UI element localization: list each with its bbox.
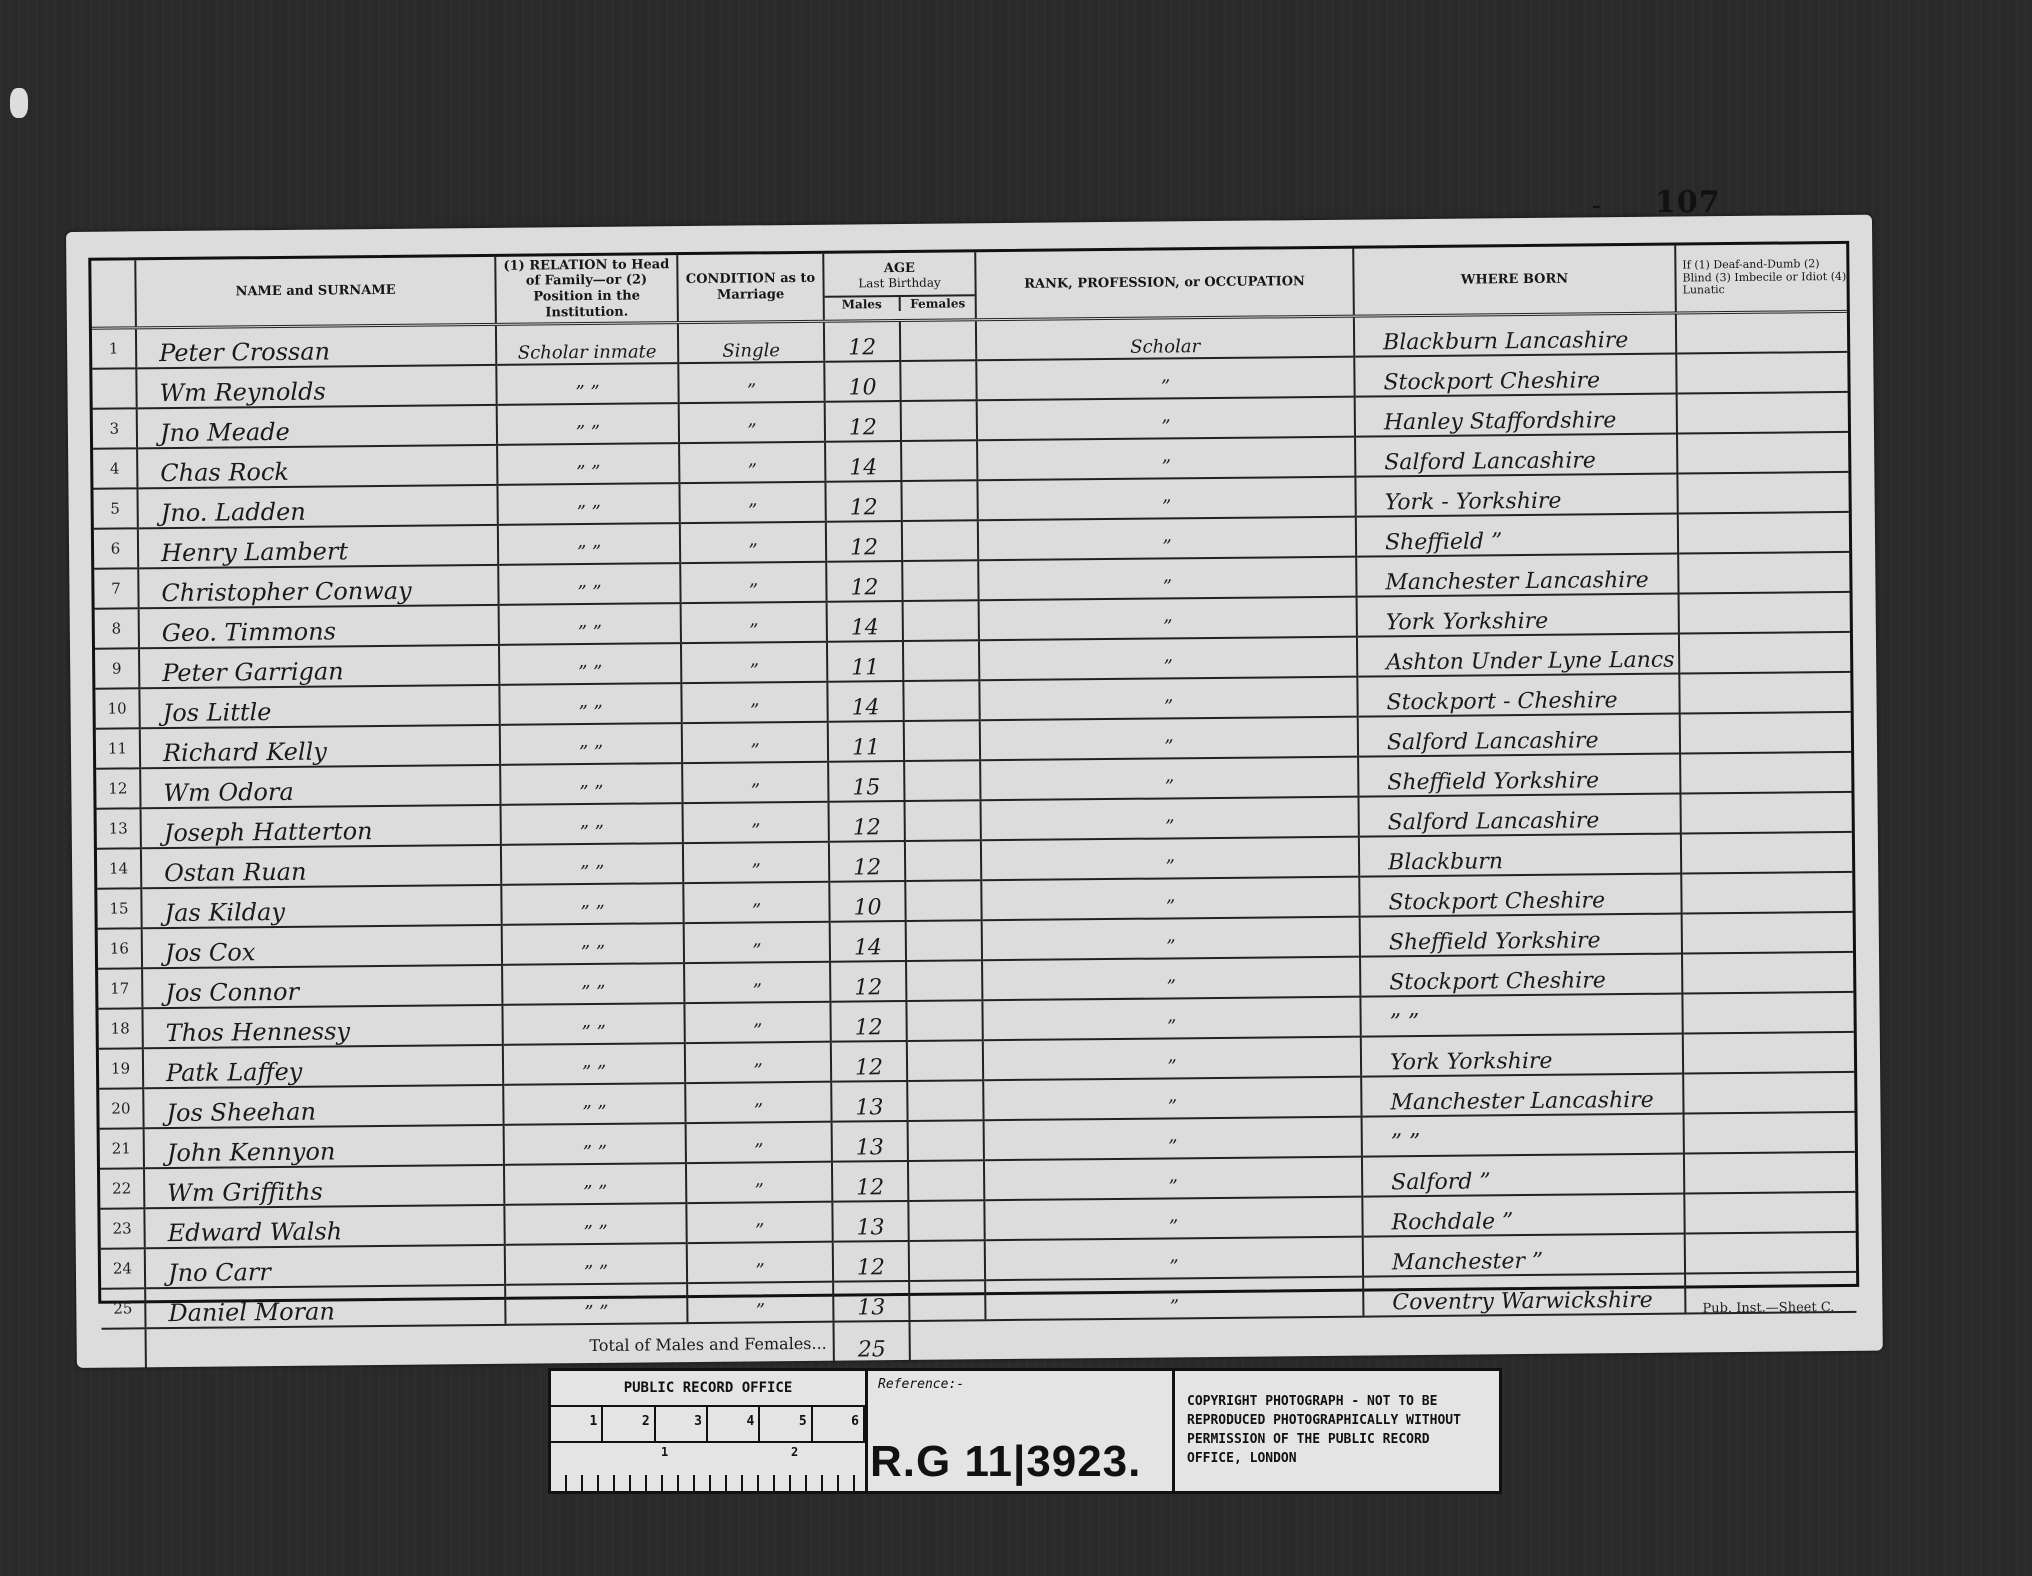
occupation-cell: ” [985, 1237, 1363, 1281]
relation-cell: ” ” [500, 763, 682, 805]
condition-cell: ” [679, 442, 825, 483]
age-females-cell [905, 800, 981, 841]
name-cell: Jno Carr [145, 1245, 505, 1288]
age-females-cell [902, 560, 978, 601]
occupation-cell: ” [984, 1197, 1362, 1241]
condition-cell: ” [684, 1002, 830, 1043]
where-born-cell: Salford Lancashire [1358, 714, 1680, 757]
infirmity-cell [1683, 1072, 1854, 1114]
occupation-cell: ” [979, 637, 1357, 681]
age-males-cell: 13 [832, 1201, 908, 1242]
relation-cell: Scholar inmate [496, 323, 678, 365]
infirmity-cell [1682, 952, 1853, 994]
occupation-cell: ” [977, 397, 1355, 441]
relation-cell: ” ” [504, 1163, 686, 1205]
infirmity-cell [1680, 792, 1851, 834]
condition-cell: ” [681, 682, 827, 723]
age-males-cell: 12 [825, 401, 901, 442]
age-males-cell: 12 [830, 961, 906, 1002]
age-males-cell: 12 [824, 320, 900, 361]
reference-box: Reference:- R.G 11|3923. [868, 1371, 1175, 1491]
scale-number: 5 [760, 1407, 812, 1441]
infirmity-cell [1679, 592, 1850, 634]
occupation-cell: ” [982, 917, 1360, 961]
age-males-cell: 12 [826, 561, 902, 602]
col-age: AGE Last Birthday Males Females [823, 252, 976, 321]
where-born-cell: Sheffield Yorkshire [1360, 914, 1682, 957]
row-number: 23 [100, 1208, 144, 1248]
name-cell: Jos Cox [142, 925, 502, 968]
infirmity-cell [1676, 352, 1847, 394]
condition-cell: ” [679, 482, 825, 523]
age-females-cell [903, 680, 979, 721]
age-females-cell [904, 720, 980, 761]
sheet-footer: Pub. Inst.—Sheet C. [1702, 1300, 1834, 1316]
age-females-cell [906, 1000, 982, 1041]
where-born-cell: Blackburn [1359, 834, 1681, 877]
record-office-card: PUBLIC RECORD OFFICE 123456 12 Reference… [548, 1368, 1502, 1494]
condition-cell: Single [678, 321, 824, 363]
occupation-cell: ” [982, 957, 1360, 1001]
age-females-cell [904, 760, 980, 801]
relation-cell: ” ” [502, 1003, 684, 1045]
age-females-cell [901, 440, 977, 481]
row-number: 6 [94, 528, 138, 568]
relation-cell: ” ” [501, 883, 683, 925]
occupation-cell: ” [981, 837, 1359, 881]
age-females-cell [900, 320, 976, 361]
occupation-cell: ” [983, 1037, 1361, 1081]
row-number [92, 368, 136, 408]
age-females-cell [903, 600, 979, 641]
row-number: 20 [99, 1088, 143, 1128]
where-born-cell: Manchester Lancashire [1361, 1074, 1683, 1117]
where-born-cell: ” ” [1360, 994, 1682, 1037]
age-males-cell: 12 [830, 1001, 906, 1042]
folio-dash: - [1592, 190, 1601, 220]
col-relation: (1) RELATION to Head of Family—or (2) Po… [495, 255, 678, 324]
row-number: 17 [98, 968, 142, 1008]
infirmity-cell [1681, 832, 1852, 874]
occupation-cell: ” [978, 557, 1356, 601]
relation-cell: ” ” [499, 603, 681, 645]
age-females-cell [905, 840, 981, 881]
condition-cell: ” [683, 882, 829, 923]
row-number: 16 [98, 928, 142, 968]
relation-cell: ” ” [501, 803, 683, 845]
condition-cell: ” [681, 602, 827, 643]
relation-cell: ” ” [497, 403, 679, 445]
where-born-cell: Blackburn Lancashire [1354, 313, 1676, 357]
occupation-cell: ” [980, 797, 1358, 841]
age-females-cell [909, 1280, 985, 1321]
name-cell: Jas Kilday [141, 885, 501, 928]
condition-cell: ” [687, 1282, 833, 1323]
age-females-cell [906, 920, 982, 961]
name-cell: Ostan Ruan [141, 845, 501, 888]
infirmity-cell [1682, 992, 1853, 1034]
infirmity-cell [1680, 752, 1851, 794]
condition-cell: ” [681, 642, 827, 683]
name-cell: Jos Sheehan [143, 1085, 503, 1128]
total-filler [985, 1312, 1856, 1361]
relation-cell: ” ” [498, 563, 680, 605]
col-row-no [91, 260, 136, 328]
relation-cell: ” ” [504, 1203, 686, 1245]
name-cell: Richard Kelly [140, 725, 500, 768]
reference-label: Reference:- [878, 1377, 964, 1392]
condition-cell: ” [682, 762, 828, 803]
occupation-cell: ” [979, 597, 1357, 641]
relation-cell: ” ” [498, 523, 680, 565]
relation-cell: ” ” [503, 1083, 685, 1125]
where-born-cell: Stockport Cheshire [1359, 874, 1681, 917]
relation-cell: ” ” [496, 363, 678, 405]
occupation-cell: ” [980, 757, 1358, 801]
age-males-cell: 12 [833, 1241, 909, 1282]
name-cell: Geo. Timmons [139, 605, 499, 648]
where-born-cell: Hanley Staffordshire [1355, 394, 1677, 437]
col-age-males: Males [825, 297, 901, 312]
relation-cell: ” ” [500, 723, 682, 765]
row-number: 15 [97, 888, 141, 928]
where-born-cell: Stockport - Cheshire [1357, 674, 1679, 717]
row-number: 18 [98, 1008, 142, 1048]
infirmity-cell [1677, 472, 1848, 514]
age-males-cell: 15 [828, 761, 904, 802]
condition-cell: ” [684, 962, 830, 1003]
name-cell: Wm Griffiths [144, 1165, 504, 1208]
condition-cell: ” [687, 1242, 833, 1283]
occupation-cell: ” [978, 517, 1356, 561]
age-females-cell [908, 1200, 984, 1241]
relation-cell: ” ” [499, 683, 681, 725]
infirmity-cell [1682, 912, 1853, 954]
ruler: 12 [551, 1443, 865, 1491]
occupation-cell: ” [976, 357, 1354, 401]
name-cell: Joseph Hatterton [141, 805, 501, 848]
relation-cell: ” ” [505, 1283, 687, 1325]
where-born-cell: Stockport Cheshire [1354, 354, 1676, 397]
name-cell: Peter Garrigan [139, 645, 499, 688]
condition-cell: ” [686, 1162, 832, 1203]
row-number: 10 [95, 688, 139, 728]
age-females-cell [900, 360, 976, 401]
age-females-cell [901, 480, 977, 521]
age-males-cell: 14 [827, 601, 903, 642]
col-infirmity: If (1) Deaf-and-Dumb (2) Blind (3) Imbec… [1675, 244, 1847, 313]
col-age-title: AGE [884, 261, 915, 276]
name-cell: Wm Odora [140, 765, 500, 808]
name-cell: Edward Walsh [144, 1205, 504, 1248]
occupation-cell: ” [984, 1117, 1362, 1161]
condition-cell: ” [686, 1122, 832, 1163]
infirmity-cell [1685, 1232, 1856, 1274]
age-females-cell [906, 960, 982, 1001]
name-cell: Thos Hennessy [142, 1005, 502, 1048]
total-females [909, 1320, 985, 1362]
row-number: 21 [100, 1128, 144, 1168]
condition-cell: ” [683, 802, 829, 843]
condition-cell: ” [682, 722, 828, 763]
where-born-cell: York Yorkshire [1361, 1034, 1683, 1077]
folio-number: 107 [1655, 185, 1721, 220]
age-males-cell: 10 [824, 361, 900, 402]
age-females-cell [908, 1120, 984, 1161]
relation-cell: ” ” [497, 443, 679, 485]
film-blemish [10, 88, 28, 118]
ruler-number: 1 [661, 1445, 668, 1459]
row-number: 1 [92, 328, 136, 369]
where-born-cell: Ashton Under Lyne Lancs [1357, 634, 1679, 677]
infirmity-cell [1680, 712, 1851, 754]
where-born-cell: Manchester ” [1363, 1234, 1685, 1277]
row-number: 25 [101, 1288, 145, 1328]
relation-cell: ” ” [503, 1043, 685, 1085]
scale-number: 4 [708, 1407, 760, 1441]
occupation-cell: ” [982, 997, 1360, 1041]
where-born-cell: York Yorkshire [1357, 594, 1679, 637]
col-name: NAME and SURNAME [135, 257, 496, 328]
infirmity-cell [1678, 552, 1849, 594]
relation-cell: ” ” [505, 1243, 687, 1285]
occupation-cell: ” [984, 1157, 1362, 1201]
reference-value: R.G 11|3923. [870, 1437, 1141, 1487]
col-where-born: WHERE BORN [1353, 246, 1676, 317]
age-females-cell [908, 1160, 984, 1201]
age-females-cell [907, 1080, 983, 1121]
row-number: 7 [94, 568, 138, 608]
age-males-cell: 12 [829, 841, 905, 882]
condition-cell: ” [680, 522, 826, 563]
row-number: 14 [97, 848, 141, 888]
condition-cell: ” [683, 842, 829, 883]
infirmity-cell [1676, 311, 1847, 353]
age-males-cell: 12 [826, 521, 902, 562]
relation-cell: ” ” [504, 1123, 686, 1165]
occupation-cell: Scholar [976, 316, 1354, 360]
where-born-cell: ” ” [1362, 1114, 1684, 1157]
scale-number: 1 [551, 1407, 603, 1441]
col-condition: CONDITION as to Marriage [677, 254, 824, 323]
age-females-cell [909, 1240, 985, 1281]
age-females-cell [907, 1040, 983, 1081]
where-born-cell: Salford Lancashire [1355, 434, 1677, 477]
relation-cell: ” ” [502, 963, 684, 1005]
condition-cell: ” [685, 1042, 831, 1083]
age-males-cell: 12 [829, 801, 905, 842]
age-males-cell: 14 [827, 681, 903, 722]
age-males-cell: 10 [829, 881, 905, 922]
infirmity-cell [1678, 512, 1849, 554]
age-males-cell: 13 [832, 1121, 908, 1162]
infirmity-cell [1683, 1032, 1854, 1074]
name-cell: Chas Rock [137, 445, 497, 488]
col-occupation: RANK, PROFESSION, or OCCUPATION [975, 249, 1354, 320]
name-cell: Patk Laffey [143, 1045, 503, 1088]
name-cell: Peter Crossan [136, 324, 496, 368]
where-born-cell: York - Yorkshire [1355, 474, 1677, 517]
name-cell: Jos Connor [142, 965, 502, 1008]
where-born-cell: Rochdale ” [1362, 1194, 1684, 1237]
total-spacer [102, 1328, 146, 1369]
infirmity-cell [1677, 432, 1848, 474]
scale-number: 2 [603, 1407, 655, 1441]
where-born-cell: Coventry Warwickshire [1363, 1274, 1685, 1317]
age-males-cell: 13 [831, 1081, 907, 1122]
name-cell: Wm Reynolds [136, 365, 496, 408]
scale-numbers: 123456 [551, 1407, 865, 1443]
record-office-scale: PUBLIC RECORD OFFICE 123456 12 [551, 1371, 868, 1491]
age-males-cell: 14 [830, 921, 906, 962]
relation-cell: ” ” [499, 643, 681, 685]
occupation-cell: ” [981, 877, 1359, 921]
infirmity-cell [1684, 1152, 1855, 1194]
age-males-cell: 11 [827, 641, 903, 682]
col-age-females: Females [901, 296, 975, 311]
occupation-cell: ” [979, 677, 1357, 721]
row-number: 11 [96, 728, 140, 768]
age-females-cell [901, 400, 977, 441]
where-born-cell: Sheffield ” [1356, 514, 1678, 557]
where-born-cell: Stockport Cheshire [1360, 954, 1682, 997]
relation-cell: ” ” [502, 923, 684, 965]
row-number: 4 [93, 448, 137, 488]
copyright-notice: COPYRIGHT PHOTOGRAPH - NOT TO BE REPRODU… [1175, 1371, 1499, 1491]
age-males-cell: 12 [832, 1161, 908, 1202]
scale-number: 6 [813, 1407, 865, 1441]
age-females-cell [902, 520, 978, 561]
occupation-cell: ” [977, 437, 1355, 481]
relation-cell: ” ” [501, 843, 683, 885]
age-males-cell: 13 [833, 1281, 909, 1322]
condition-cell: ” [684, 922, 830, 963]
name-cell: Jno Meade [137, 405, 497, 448]
infirmity-cell [1679, 672, 1850, 714]
row-number: 3 [93, 408, 137, 448]
row-number: 12 [96, 768, 140, 808]
name-cell: John Kennyon [144, 1125, 504, 1168]
age-males-cell: 11 [828, 721, 904, 762]
relation-cell: ” ” [497, 483, 679, 525]
row-number: 19 [99, 1048, 143, 1088]
infirmity-cell [1681, 872, 1852, 914]
occupation-cell: ” [983, 1077, 1361, 1121]
occupation-cell: ” [985, 1277, 1363, 1321]
condition-cell: ” [686, 1202, 832, 1243]
row-number: 24 [101, 1248, 145, 1288]
census-table: NAME and SURNAME (1) RELATION to Head of… [88, 241, 1859, 1304]
where-born-cell: Salford ” [1362, 1154, 1684, 1197]
col-age-sub: Last Birthday [824, 276, 974, 292]
condition-cell: ” [679, 402, 825, 443]
infirmity-cell [1684, 1112, 1855, 1154]
where-born-cell: Sheffield Yorkshire [1358, 754, 1680, 797]
condition-cell: ” [685, 1082, 831, 1123]
total-males: 25 [833, 1321, 909, 1363]
name-cell: Daniel Moran [145, 1285, 505, 1328]
where-born-cell: Salford Lancashire [1358, 794, 1680, 837]
age-females-cell [905, 880, 981, 921]
row-number: 13 [97, 808, 141, 848]
occupation-cell: ” [980, 717, 1358, 761]
age-males-cell: 12 [825, 481, 901, 522]
scale-number: 3 [656, 1407, 708, 1441]
name-cell: Christopher Conway [138, 565, 498, 608]
infirmity-cell [1684, 1192, 1855, 1234]
name-cell: Henry Lambert [138, 525, 498, 568]
occupation-cell: ” [977, 477, 1355, 521]
row-number: 5 [93, 488, 137, 528]
name-cell: Jos Little [139, 685, 499, 728]
condition-cell: ” [678, 362, 824, 403]
infirmity-cell [1677, 392, 1848, 434]
total-label: Total of Males and Females... [146, 1322, 834, 1370]
infirmity-cell [1679, 632, 1850, 674]
age-males-cell: 12 [831, 1041, 907, 1082]
condition-cell: ” [680, 562, 826, 603]
census-sheet: NAME and SURNAME (1) RELATION to Head of… [66, 215, 1883, 1368]
row-number: 9 [95, 648, 139, 688]
age-females-cell [903, 640, 979, 681]
age-males-cell: 14 [825, 441, 901, 482]
ruler-number: 2 [791, 1445, 798, 1459]
row-number: 8 [95, 608, 139, 648]
name-cell: Jno. Ladden [137, 485, 497, 528]
where-born-cell: Manchester Lancashire [1356, 554, 1678, 597]
row-number: 22 [100, 1168, 144, 1208]
record-office-title: PUBLIC RECORD OFFICE [551, 1371, 865, 1407]
